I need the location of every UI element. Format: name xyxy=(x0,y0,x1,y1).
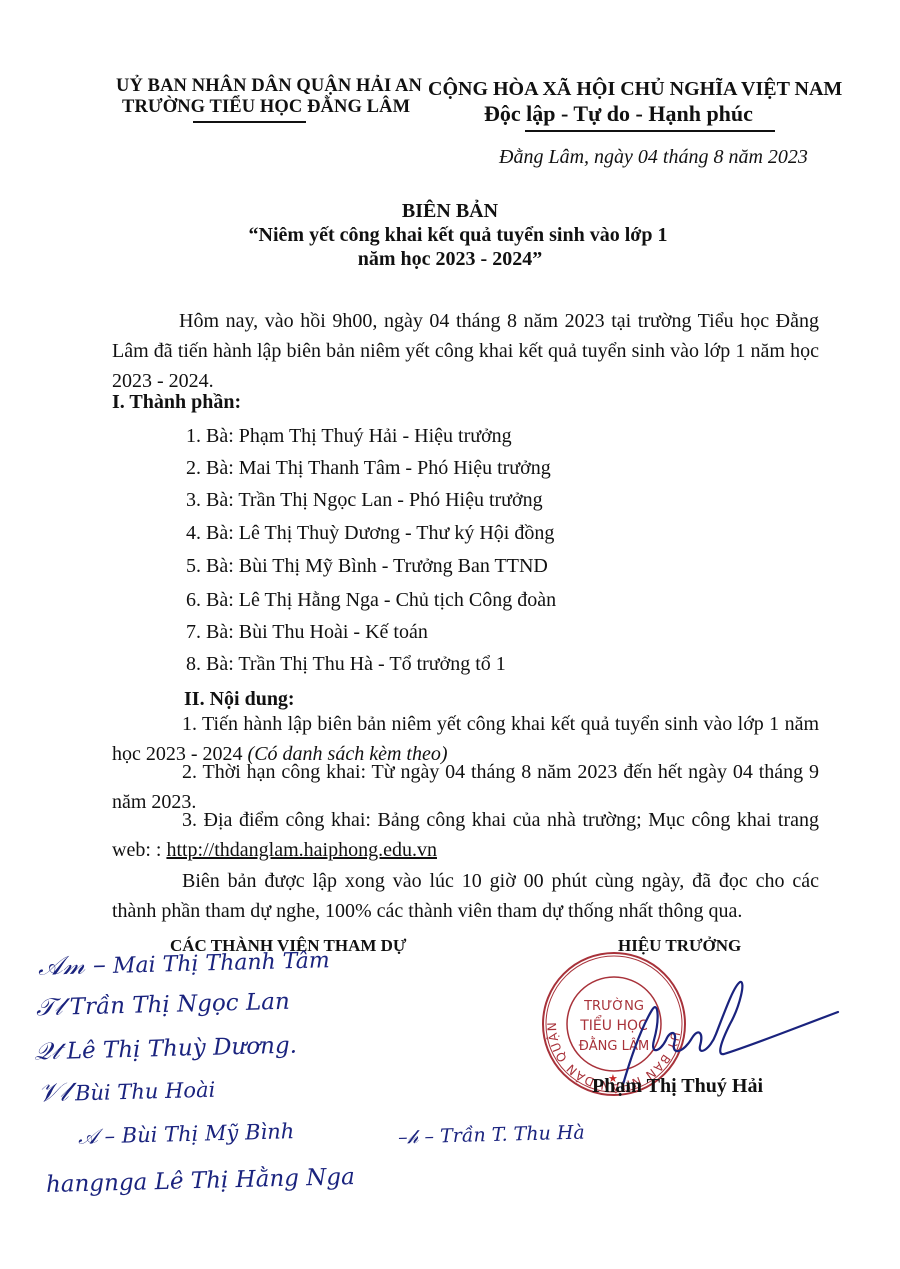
member-item: 8. Bà: Trần Thị Thu Hà - Tổ trưởng tổ 1 xyxy=(186,653,506,676)
initial-scribble: 𝒜 – xyxy=(78,1124,116,1149)
date-place-line: Đằng Lâm, ngày 04 tháng 8 năm 2023 xyxy=(499,146,808,169)
school-name: TRƯỜNG TIỂU HỌC ĐẰNG LÂM xyxy=(122,97,410,118)
school-name-underline xyxy=(193,121,306,123)
agency-name: UỶ BAN NHÂN DÂN QUẬN HẢI AN xyxy=(116,76,422,97)
initial-scribble: 𝒜𝓂 – xyxy=(38,950,107,982)
handwritten-signature: 𝒜 – Bùi Thị Mỹ Bình xyxy=(78,1119,295,1150)
member-item: 1. Bà: Phạm Thị Thuý Hải - Hiệu trưởng xyxy=(186,425,512,448)
handwritten-signature: –𝒽 – Trần T. Thu Hà xyxy=(398,1122,585,1149)
handwritten-signature: 𝒯𝓁 Trần Thị Ngọc Lan xyxy=(36,987,290,1022)
initial-scribble: 𝒯𝓁 xyxy=(36,993,63,1022)
member-item: 6. Bà: Lê Thị Hằng Nga - Chủ tịch Công đ… xyxy=(186,589,556,612)
handwritten-signature: 𝒜𝓂 – Mai Thị Thanh Tâm xyxy=(38,944,330,983)
document-title: BIÊN BẢN xyxy=(0,200,900,223)
national-motto: Độc lập - Tự do - Hạnh phúc xyxy=(484,101,753,127)
handwritten-signature: 𝒬𝓉 Lê Thị Thuỳ Dương. xyxy=(34,1031,298,1066)
initial-scribble: 𝒬𝓉 xyxy=(34,1037,60,1066)
initial-scribble: 𝒱𝓁 xyxy=(38,1078,69,1109)
member-item: 2. Bà: Mai Thị Thanh Tâm - Phó Hiệu trưở… xyxy=(186,457,551,480)
school-website-link[interactable]: http://thdanglam.haiphong.edu.vn xyxy=(166,839,437,861)
principal-signature-scribble xyxy=(600,960,840,1090)
principal-name: Phạm Thị Thuý Hải xyxy=(592,1075,763,1098)
intro-paragraph: Hôm nay, vào hồi 9h00, ngày 04 tháng 8 n… xyxy=(112,306,819,396)
initial-scribble: –𝒽 – xyxy=(398,1126,435,1149)
motto-underline xyxy=(525,130,775,132)
member-item: 5. Bà: Bùi Thị Mỹ Bình - Trưởng Ban TTND xyxy=(186,555,548,578)
member-item: 3. Bà: Trần Thị Ngọc Lan - Phó Hiệu trưở… xyxy=(186,489,543,512)
content-item-3: 3. Địa điểm công khai: Bảng công khai củ… xyxy=(112,805,819,865)
document-subtitle-line1: “Niêm yết công khai kết quả tuyển sinh v… xyxy=(0,224,900,247)
handwritten-signature: hangnga Lê Thị Hằng Nga xyxy=(46,1164,355,1198)
document-subtitle-line2: năm học 2023 - 2024” xyxy=(0,248,900,271)
handwritten-signature: 𝒱𝓁 Bùi Thu Hoài xyxy=(38,1074,216,1110)
section2-heading: II. Nội dung: xyxy=(184,688,295,711)
member-item: 7. Bà: Bùi Thu Hoài - Kế toán xyxy=(186,621,428,644)
section1-heading: I. Thành phần: xyxy=(112,391,241,414)
closing-paragraph: Biên bản được lập xong vào lúc 10 giờ 00… xyxy=(112,866,819,926)
national-title: CỘNG HÒA XÃ HỘI CHỦ NGHĨA VIỆT NAM xyxy=(428,78,842,101)
member-item: 4. Bà: Lê Thị Thuỳ Dương - Thư ký Hội đồ… xyxy=(186,522,554,545)
